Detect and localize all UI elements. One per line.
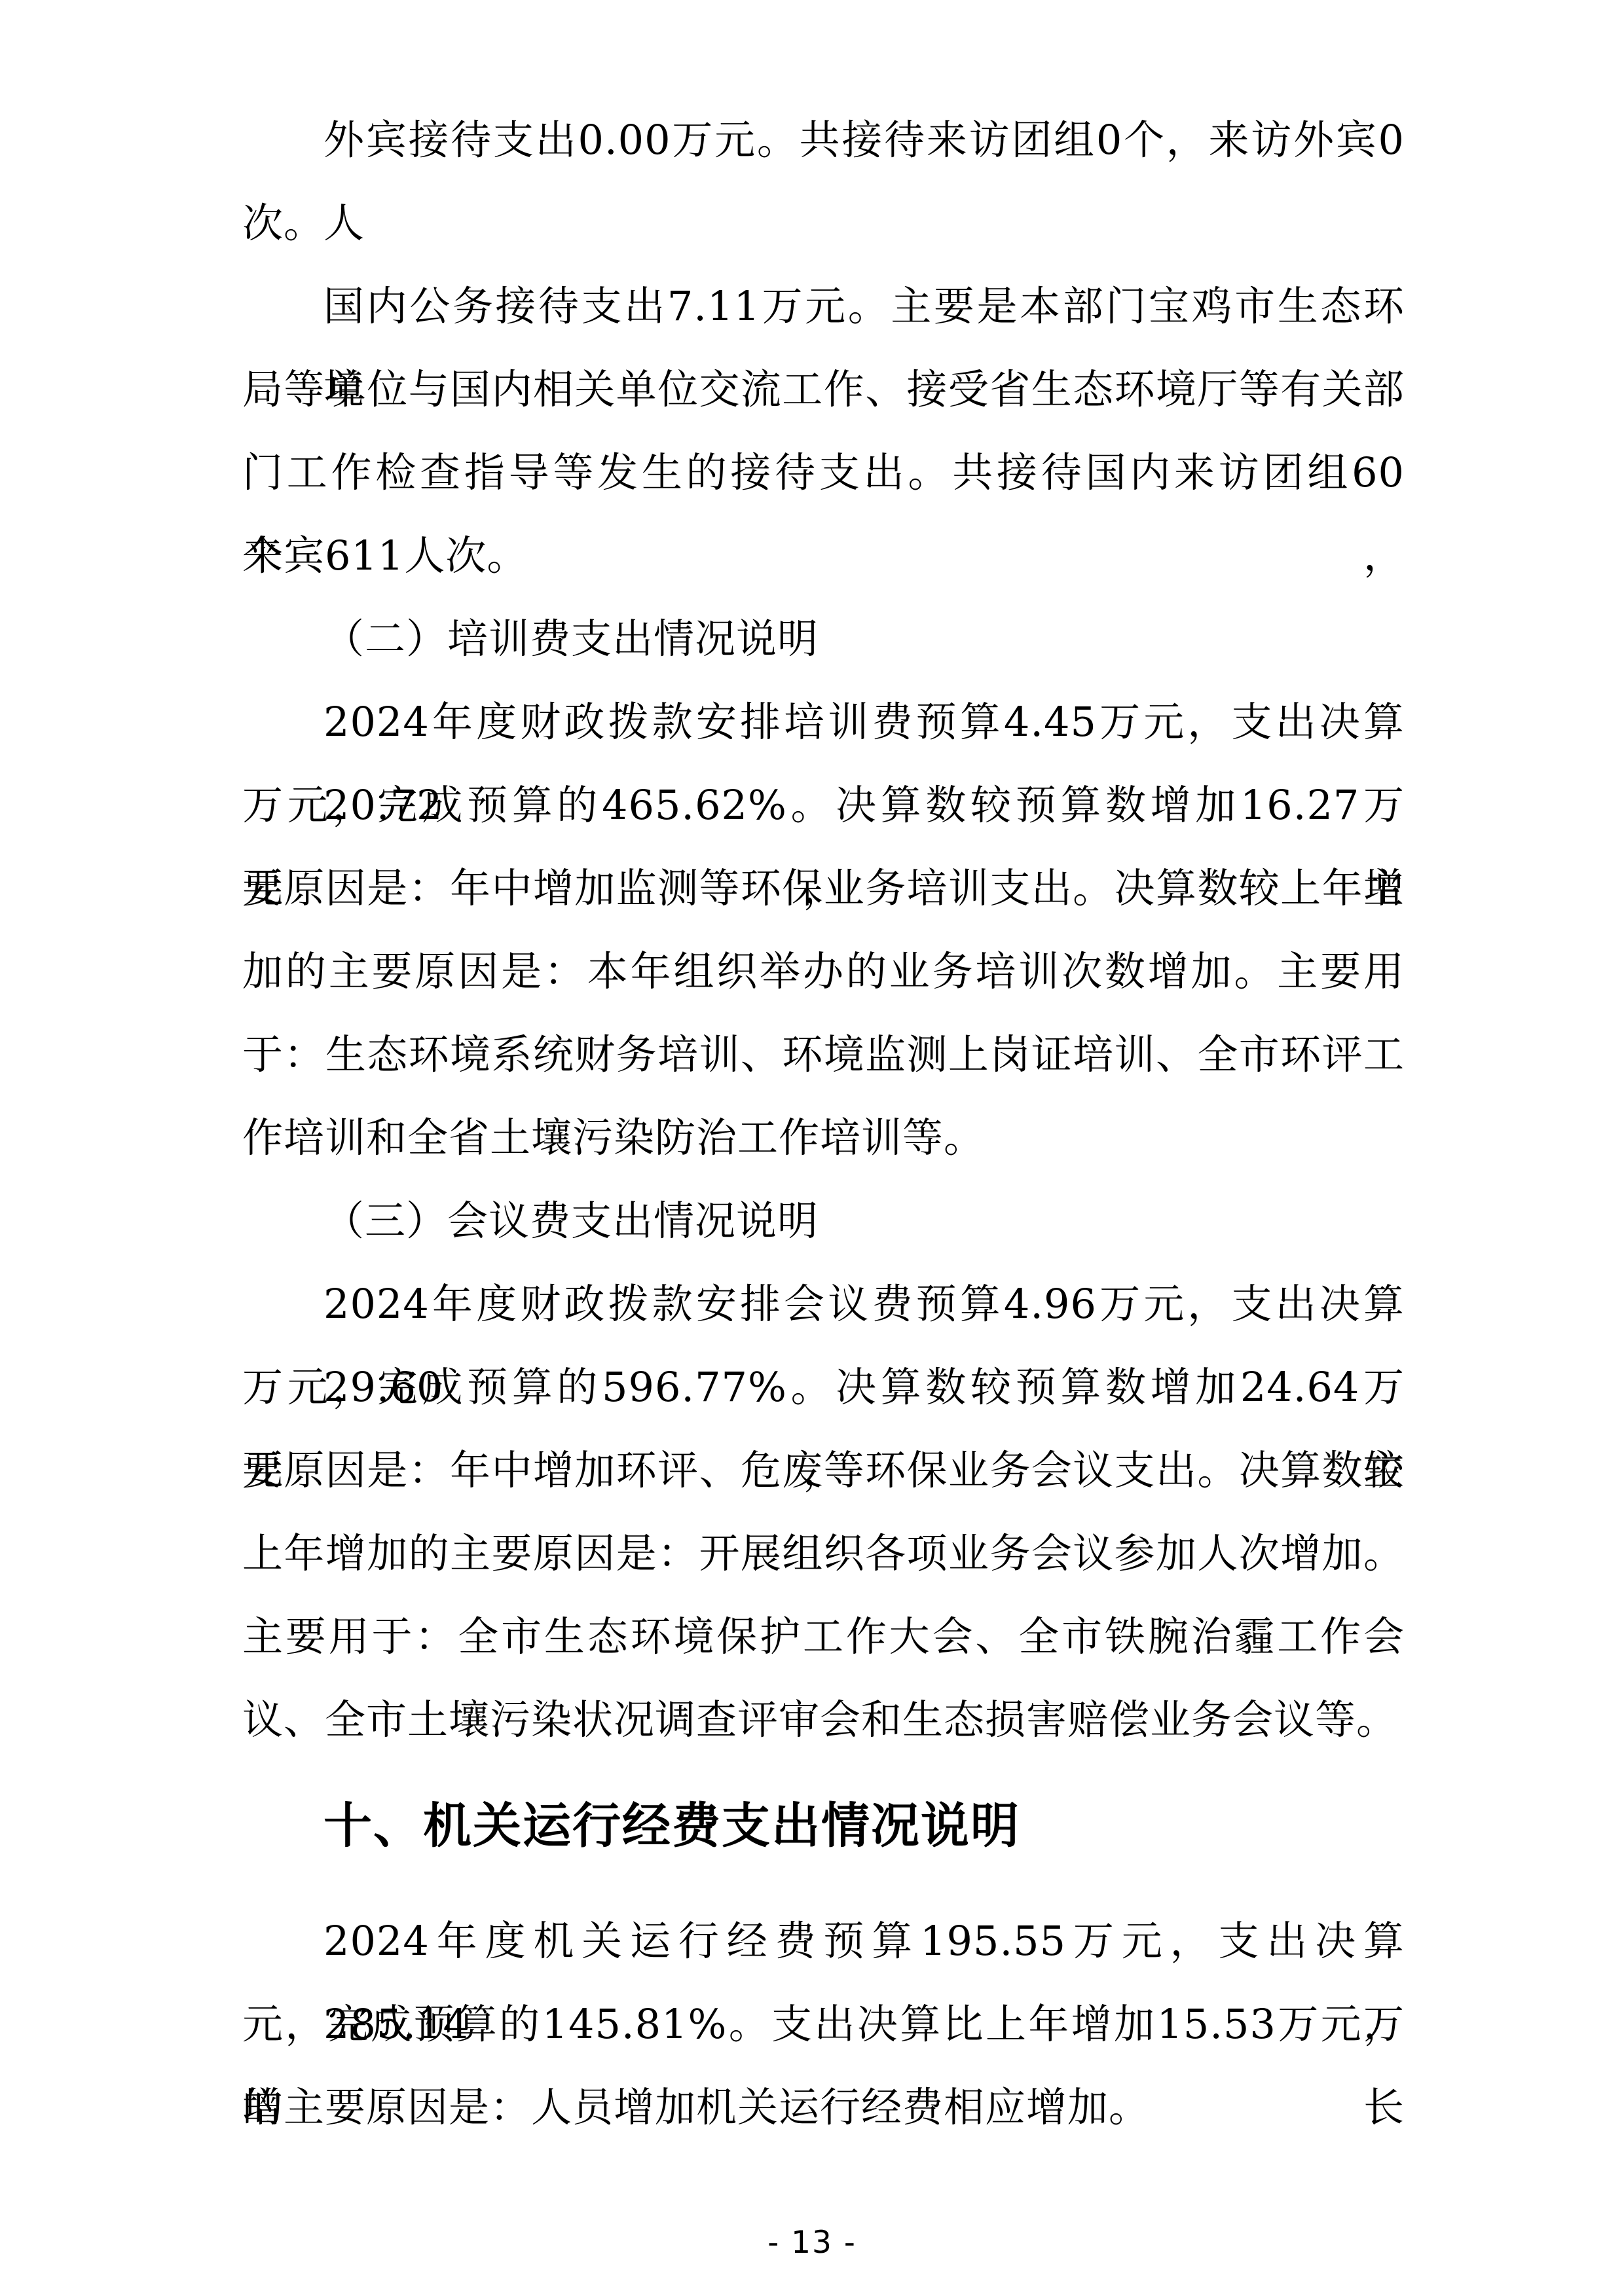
text-line: 于：生态环境系统财务培训、环境监测上岗证培训、全市环评工 <box>242 1013 1405 1096</box>
text-line: 主要用于：全市生态环境保护工作大会、全市铁腕治霾工作会 <box>242 1595 1405 1678</box>
text-line: 加的主要原因是：本年组织举办的业务培训次数增加。主要用 <box>242 930 1405 1013</box>
document-page: 外宾接待支出0.00万元。共接待来访团组0个，来访外宾0人次。国内公务接待支出7… <box>0 0 1624 2296</box>
text-line: 局等单位与国内相关单位交流工作、接受省生态环境厅等有关部 <box>242 348 1405 431</box>
text-line: 万元，完成预算的465.62%。决算数较预算数增加16.27万元，主 <box>242 763 1405 847</box>
text-line: 要原因是：年中增加环评、危废等环保业务会议支出。决算数较 <box>242 1429 1405 1512</box>
text-line: 门工作检查指导等发生的接待支出。共接待国内来访团组60个， <box>242 431 1405 514</box>
section-heading: 十、机关运行经费支出情况说明 <box>242 1785 1405 1868</box>
text-line: 要原因是：年中增加监测等环保业务培训支出。决算数较上年增 <box>242 847 1405 930</box>
text-line: 万元，完成预算的596.77%。决算数较预算数增加24.64万元，主 <box>242 1345 1405 1429</box>
text-line: 次。 <box>242 181 1405 264</box>
text-line: 2024年度财政拨款安排会议费预算4.96万元，支出决算29.60 <box>242 1262 1405 1345</box>
subsection-heading: （二）培训费支出情况说明 <box>242 597 1405 680</box>
subsection-heading: （三）会议费支出情况说明 <box>242 1179 1405 1262</box>
text-line: 作培训和全省土壤污染防治工作培训等。 <box>242 1096 1405 1179</box>
text-line: 国内公务接待支出7.11万元。主要是本部门宝鸡市生态环境 <box>242 264 1405 348</box>
text-line: 2024年度财政拨款安排培训费预算4.45万元，支出决算20.72 <box>242 680 1405 763</box>
text-line: 元，完成预算的145.81%。支出决算比上年增加15.53万元，增长 <box>242 1982 1405 2066</box>
text-line: 上年增加的主要原因是：开展组织各项业务会议参加人次增加。 <box>242 1512 1405 1595</box>
text-line: 外宾接待支出0.00万元。共接待来访团组0个，来访外宾0人 <box>242 98 1405 181</box>
text-line: 议、全市土壤污染状况调查评审会和生态损害赔偿业务会议等。 <box>242 1678 1405 1761</box>
text-line: 2024年度机关运行经费预算195.55万元，支出决算285.14万 <box>242 1899 1405 1982</box>
page-number: - 13 - <box>0 2225 1624 2261</box>
document-body: 外宾接待支出0.00万元。共接待来访团组0个，来访外宾0人次。国内公务接待支出7… <box>242 98 1405 2149</box>
